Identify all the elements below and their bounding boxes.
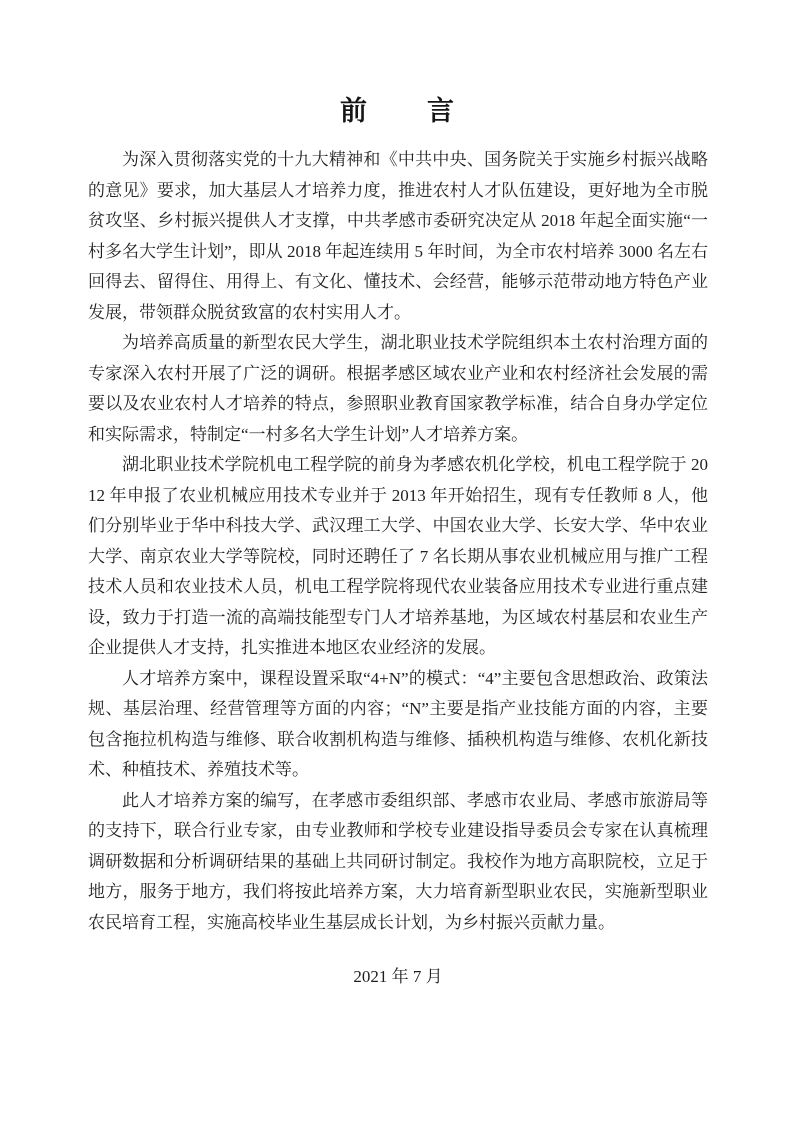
paragraph-5: 此人才培养方案的编写，在孝感市委组织部、孝感市农业局、孝感市旅游局等的支持下，联… [88,786,708,939]
page-title: 前 言 [88,92,708,130]
paragraph-2: 为培养高质量的新型农民大学生，湖北职业技术学院组织本土农村治理方面的专家深入农村… [88,328,708,450]
document-date: 2021 年 7 月 [88,962,708,992]
document-body: 为深入贯彻落实党的十九大精神和《中共中央、国务院关于实施乡村振兴战略的意见》要求… [88,145,708,938]
paragraph-4: 人才培养方案中，课程设置采取“4+N”的模式：“4”主要包含思想政治、政策法规、… [88,664,708,786]
document-page: 前 言 为深入贯彻落实党的十九大精神和《中共中央、国务院关于实施乡村振兴战略的意… [0,0,794,1123]
paragraph-1: 为深入贯彻落实党的十九大精神和《中共中央、国务院关于实施乡村振兴战略的意见》要求… [88,145,708,328]
paragraph-3: 湖北职业技术学院机电工程学院的前身为孝感农机化学校，机电工程学院于 2012 年… [88,450,708,664]
